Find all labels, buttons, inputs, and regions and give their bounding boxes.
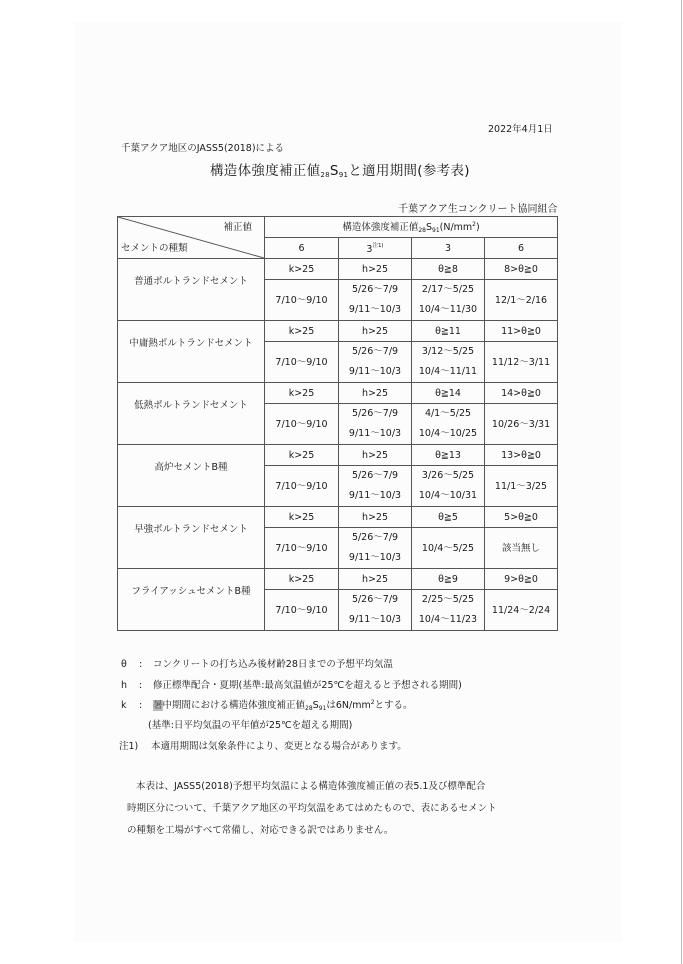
column-header: 3 [412,238,485,259]
condition-cell: k>25 [265,569,339,590]
title-text: 構造体強度補正値 [210,163,320,179]
page-edge-line [681,0,682,964]
cement-type-cell: 普通ポルトランドセメント [118,259,265,321]
period-cell: 11/1〜3/25 [485,466,558,507]
condition-cell: θ≧13 [412,445,485,466]
document-date: 2022年4月1日 [488,121,553,135]
group-header-sub28: 28 [418,227,426,234]
column-header: 6 [485,238,558,259]
cement-type-cell: 早強ポルトランドセメント [118,507,265,569]
cement-type-label: 高炉セメントB種 [154,462,227,473]
condition-cell: k>25 [265,259,339,280]
cement-type-cell: 中庸熱ポルトランドセメント [118,321,265,383]
period-cell: 5/26〜7/99/11〜10/3 [339,342,412,383]
period-cell: 該当無し [485,528,558,569]
condition-cell: k>25 [265,383,339,404]
group-header-sub91: 91 [432,227,440,234]
period-cell: 10/4〜5/25 [412,528,485,569]
cement-type-cell: 低熱ポルトランドセメント [118,383,265,445]
legend-k-basis: (基準:日平均気温の平年値が25℃を超える期間) [148,717,352,731]
condition-cell: 9>θ≧0 [485,569,558,590]
period-cell: 5/26〜7/99/11〜10/3 [339,404,412,445]
period-line: 3/26〜5/25 [412,466,484,486]
legend-symbol: h [121,680,139,691]
condition-cell: 8>θ≧0 [485,259,558,280]
period-cell: 5/26〜7/99/11〜10/3 [339,280,412,321]
period-line: 9/11〜10/3 [339,486,411,506]
legend-theta: θ:コンクリートの打ち込み後材齢28日までの予想平均気温 [121,656,393,670]
period-line: 4/1〜5/25 [412,404,484,424]
condition-cell: h>25 [339,259,412,280]
cement-type-cell: フライアッシュセメントB種 [118,569,265,631]
group-header-unit: (N/mm [440,222,473,233]
period-line: 2/17〜5/25 [412,280,484,300]
period-cell: 12/1〜2/16 [485,280,558,321]
condition-cell: θ≧14 [412,383,485,404]
period-cell: 2/17〜5/2510/4〜11/30 [412,280,485,321]
column-value: 3 [445,243,451,254]
condition-cell: k>25 [265,321,339,342]
title-subscript-91: 91 [339,171,349,179]
condition-cell: h>25 [339,383,412,404]
cement-type-cell: 高炉セメントB種 [118,445,265,507]
period-line: 5/26〜7/9 [339,404,411,424]
column-value: 6 [518,243,524,254]
legend-note1: 注1)本適用期間は気象条件により、変更となる場合があります。 [119,738,407,752]
period-cell: 7/10〜9/10 [265,280,339,321]
period-cell: 7/10〜9/10 [265,342,339,383]
group-header-unit-close: ) [476,222,480,233]
cement-type-label: フライアッシュセメントB種 [131,586,250,597]
period-line: 5/26〜7/9 [339,528,411,548]
condition-cell: 13>θ≧0 [485,445,558,466]
legend-text: は6N/mm [326,700,370,711]
condition-cell: 14>θ≧0 [485,383,558,404]
cement-type-label: 普通ポルトランドセメント [134,276,248,287]
column-note: 注1) [372,243,383,249]
period-cell: 7/10〜9/10 [265,404,339,445]
note-text: 本適用期間は気象条件により、変更となる場合があります。 [151,741,407,752]
column-value: 6 [298,243,304,254]
legend-text: 中期間における構造体強度補正値 [163,700,306,711]
legend-colon: : [139,659,153,670]
legend-symbol: k [121,700,139,711]
condition-cell: k>25 [265,507,339,528]
period-line: 9/11〜10/3 [339,300,411,320]
condition-cell: 5>θ≧0 [485,507,558,528]
legend-h: h:修正標準配合・夏期(基準:最高気温値が25℃を超えると予想される期間) [121,677,462,691]
period-line: 2/25〜5/25 [412,590,484,610]
legend-text: コンクリートの打ち込み後材齢28日までの予想平均気温 [153,659,393,670]
period-cell: 5/26〜7/99/11〜10/3 [339,528,412,569]
document-basis: 千葉アクア地区のJASS5(2018)による [121,140,284,154]
condition-cell: θ≧5 [412,507,485,528]
period-line: 5/26〜7/9 [339,590,411,610]
cement-type-label: 早強ポルトランドセメント [134,524,248,535]
period-cell: 5/26〜7/99/11〜10/3 [339,466,412,507]
period-line: 5/26〜7/9 [339,342,411,362]
legend-colon: : [139,700,153,711]
note-marker: 注1) [119,738,151,752]
condition-cell: h>25 [339,569,412,590]
condition-cell: h>25 [339,445,412,466]
group-header-text: 構造体強度補正値 [342,222,418,233]
footnote-paragraph-line: 本表は、JASS5(2018)予想平均気温による構造体強度補正値の表5.1及び標… [136,778,485,792]
period-line: 5/26〜7/9 [339,466,411,486]
footnote-paragraph-line: 時期区分について、千葉アクア地区の平均気温をあてはめたもので、表にあるセメント [127,800,497,814]
title-s: S [330,163,339,179]
column-header: 3注1) [339,238,412,259]
organization-name: 千葉アクア生コンクリート協同組合 [398,200,558,215]
period-cell: 10/26〜3/31 [485,404,558,445]
legend-colon: : [139,680,153,691]
period-line: 10/4〜10/31 [412,486,484,506]
condition-cell: k>25 [265,445,339,466]
condition-cell: θ≧9 [412,569,485,590]
period-cell: 2/25〜5/2510/4〜11/23 [412,590,485,631]
period-cell: 11/24〜2/24 [485,590,558,631]
corner-label-correction: 補正値 [223,221,252,234]
condition-cell: θ≧8 [412,259,485,280]
correction-table: 補正値 セメントの種類 構造体強度補正値28S91(N/mm2) 6 3注1) … [117,216,558,631]
period-cell: 4/1〜5/2510/4〜10/25 [412,404,485,445]
period-cell: 5/26〜7/99/11〜10/3 [339,590,412,631]
smudged-char: 暑 [153,700,163,711]
title-subscript-28: 28 [320,171,330,179]
table-corner-cell: 補正値 セメントの種類 [118,217,265,259]
period-line: 10/4〜10/25 [412,424,484,444]
period-line: 10/4〜11/23 [412,610,484,630]
period-line: 9/11〜10/3 [339,362,411,382]
period-line: 9/11〜10/3 [339,610,411,630]
condition-cell: θ≧11 [412,321,485,342]
document-title: 構造体強度補正値28S91と適用期間(参考表) [210,159,470,179]
condition-cell: h>25 [339,507,412,528]
period-cell: 3/12〜5/2510/4〜11/11 [412,342,485,383]
condition-cell: 11>θ≧0 [485,321,558,342]
period-line: 3/12〜5/25 [412,342,484,362]
period-line: 10/4〜11/30 [412,300,484,320]
condition-cell: h>25 [339,321,412,342]
corner-label-cement-type: セメントの種類 [121,242,188,255]
footnote-paragraph-line: の種類を工場がすべて常備し、対応できる訳ではありません。 [127,822,393,836]
period-cell: 7/10〜9/10 [265,466,339,507]
legend-sub28: 28 [305,705,313,712]
period-cell: 3/26〜5/2510/4〜10/31 [412,466,485,507]
period-line: 5/26〜7/9 [339,280,411,300]
period-line: 9/11〜10/3 [339,424,411,444]
cement-type-label: 中庸熱ポルトランドセメント [129,338,252,349]
group-header: 構造体強度補正値28S91(N/mm2) [265,217,558,238]
period-line: 10/4〜11/11 [412,362,484,382]
legend-symbol: θ [121,659,139,670]
period-cell: 7/10〜9/10 [265,528,339,569]
period-cell: 7/10〜9/10 [265,590,339,631]
title-suffix: と適用期間(参考表) [348,163,470,179]
cement-type-label: 低熱ポルトランドセメント [134,400,248,411]
legend-k: k:暑中期間における構造体強度補正値28S91は6N/mm2とする。 [121,697,413,712]
legend-text: とする。 [375,700,413,711]
period-line: 9/11〜10/3 [339,548,411,568]
column-header: 6 [265,238,339,259]
period-cell: 11/12〜3/11 [485,342,558,383]
legend-text: 修正標準配合・夏期(基準:最高気温値が25℃を超えると予想される期間) [153,680,462,691]
